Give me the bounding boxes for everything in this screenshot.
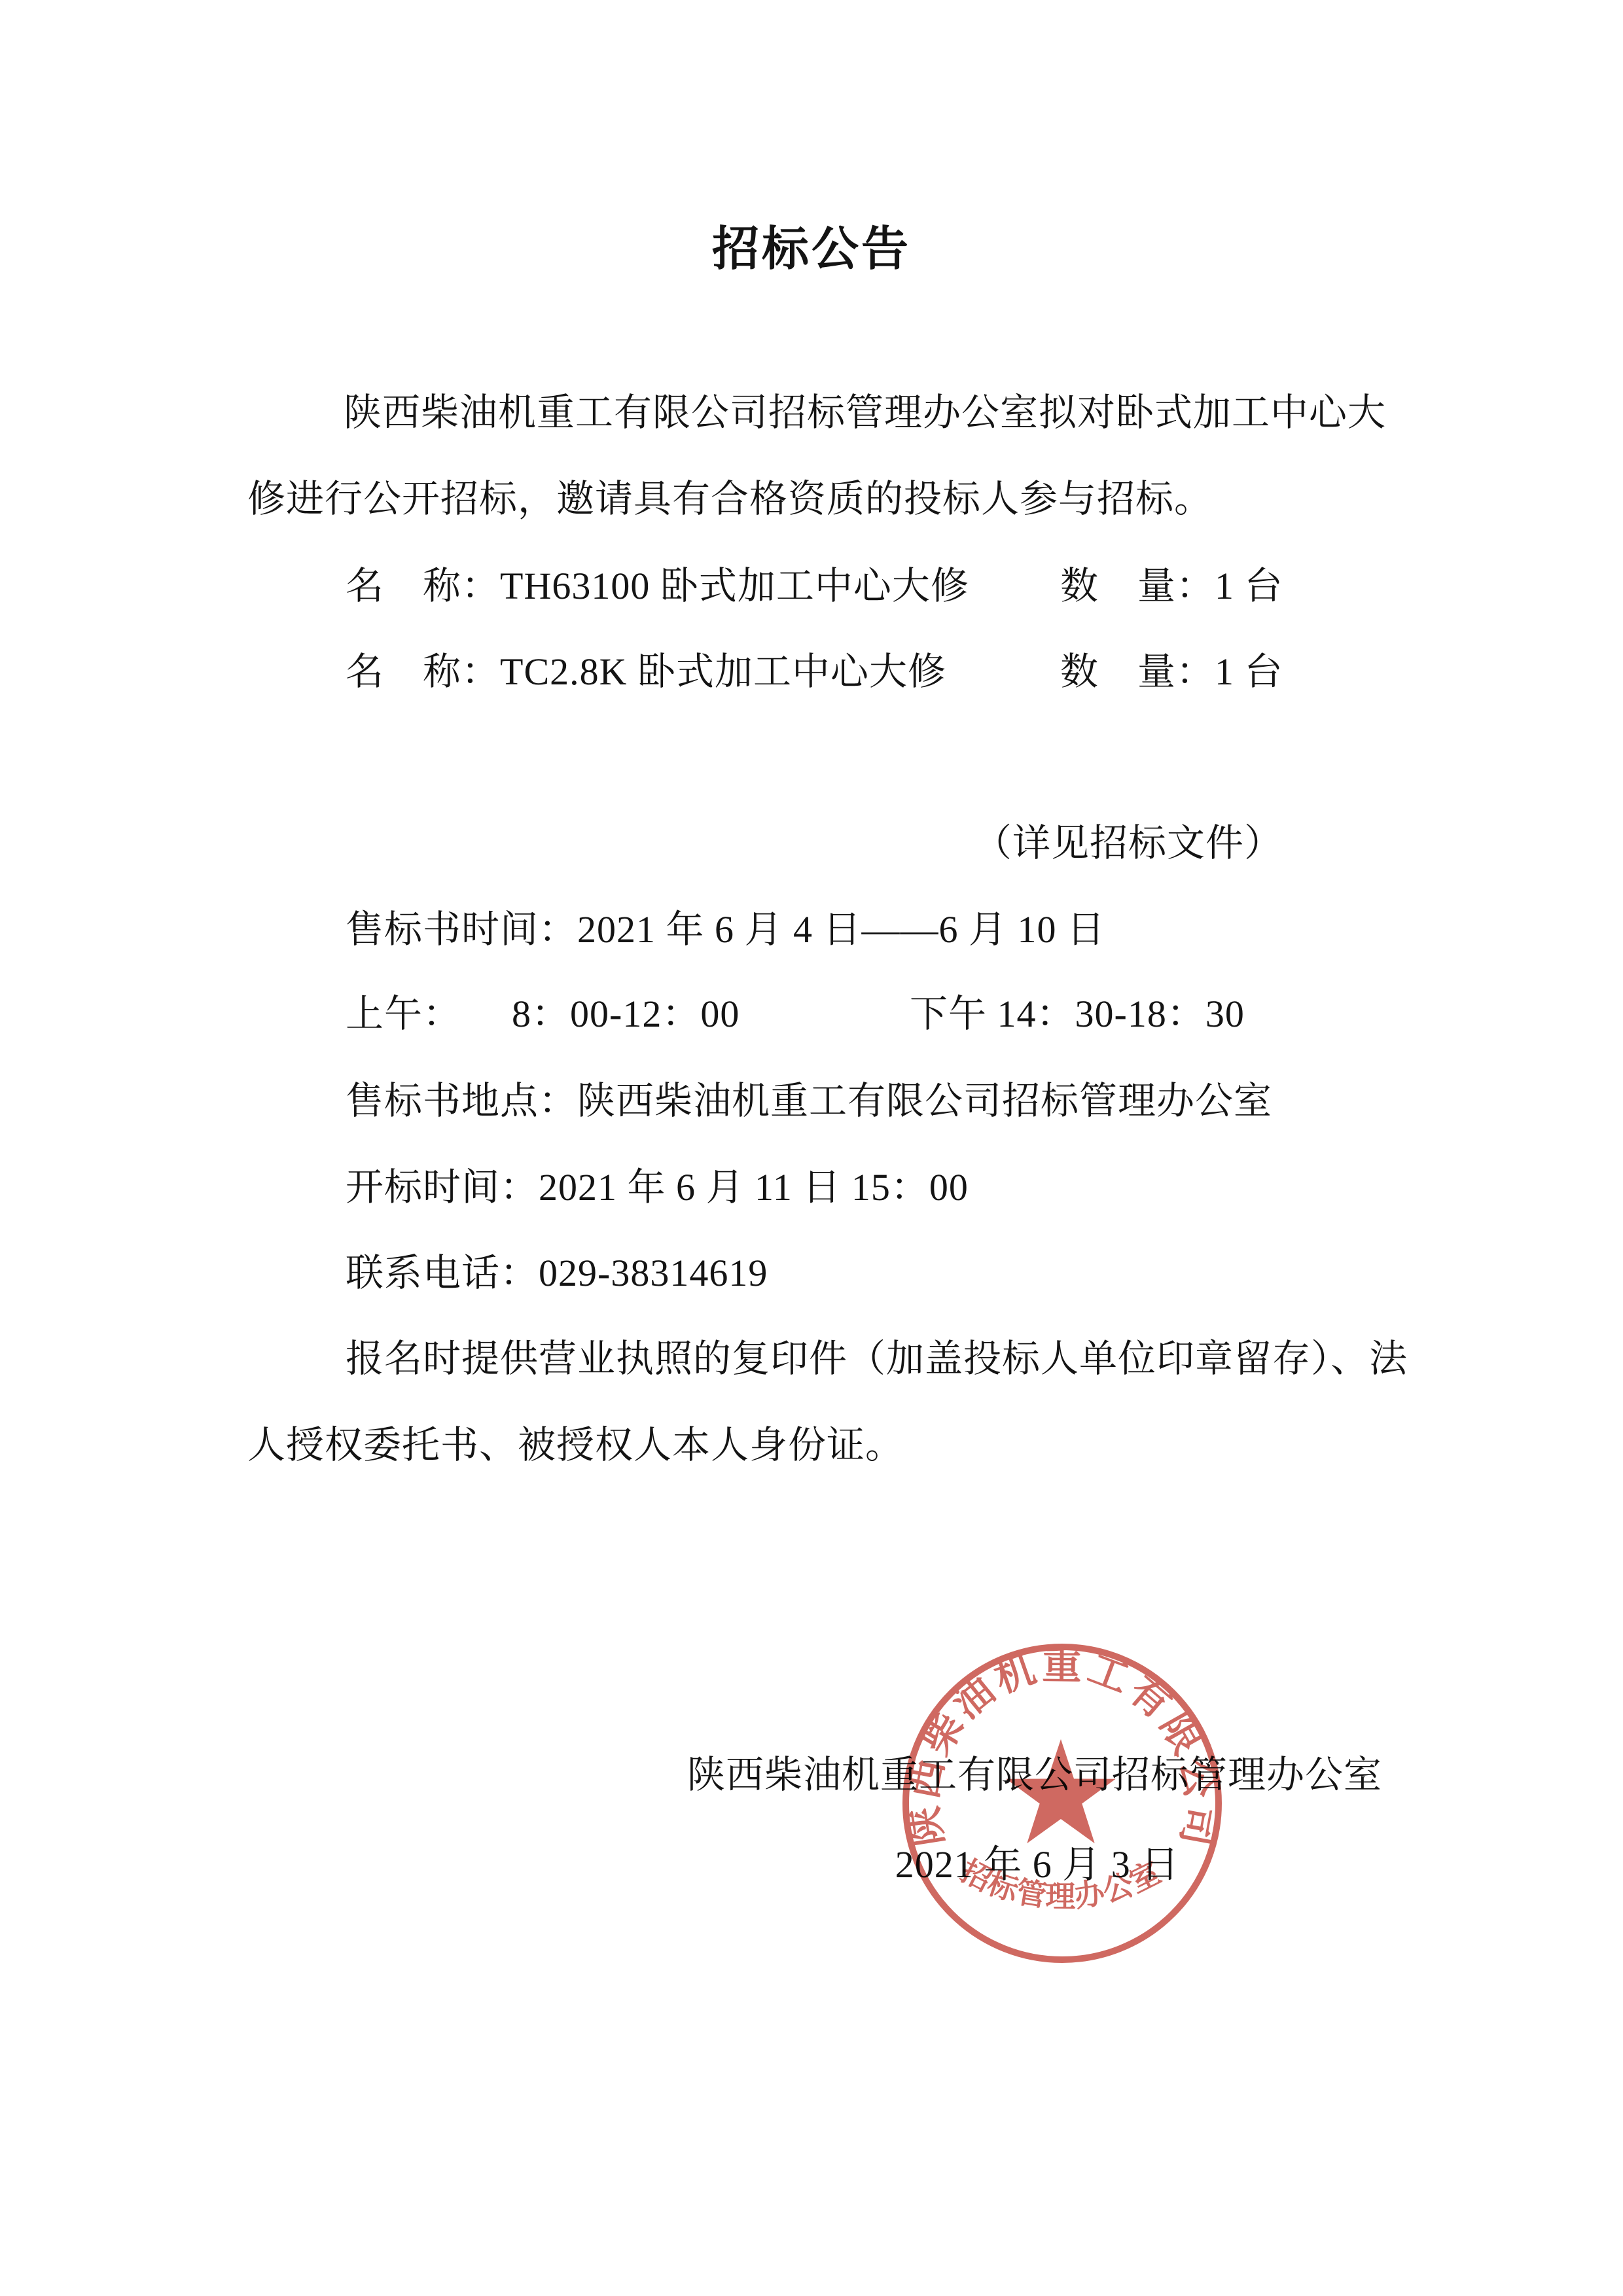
- hours-pm-value: 下午 14：30-18：30: [910, 991, 1245, 1037]
- tender-announcement-document: 招标公告 陕西柴油机重工有限公司招标管理办公室拟对卧式加工中心大 修进行公开招标…: [0, 0, 1623, 2296]
- item-row: 名 称：TH63100 卧式加工中心大修: [346, 563, 969, 609]
- item-name-value: TH63100 卧式加工中心大修: [500, 565, 969, 607]
- item-name-value: TC2.8K 卧式加工中心大修: [500, 650, 946, 693]
- contact-phone-line: 联系电话：029-38314619: [346, 1250, 768, 1296]
- item-qty-label: 数 量：: [1060, 650, 1215, 693]
- registration-note-line-2: 人授权委托书、被授权人本人身份证。: [247, 1422, 904, 1468]
- sale-place-line: 售标书地点：陕西柴油机重工有限公司招标管理办公室: [346, 1078, 1272, 1124]
- see-bid-docs-note: （详见招标文件）: [974, 821, 1283, 866]
- item-row: 名 称：TC2.8K 卧式加工中心大修: [346, 649, 946, 695]
- registration-note-line-1: 报名时提供营业执照的复印件（加盖投标人单位印章留存）、法: [346, 1336, 1408, 1382]
- item-qty-value: 1 台: [1215, 565, 1283, 607]
- hours-am-label: 上午：: [346, 991, 461, 1037]
- sale-time-line: 售标书时间：2021 年 6 月 4 日——6 月 10 日: [346, 907, 1105, 953]
- bid-opening-time-line: 开标时间：2021 年 6 月 11 日 15：00: [346, 1165, 969, 1210]
- company-seal-stamp: 陕西柴油机重工有限公司 招标管理办公室: [892, 1633, 1232, 1973]
- hours-am-value: 8：00-12：00: [512, 991, 740, 1037]
- item-qty-label: 数 量：: [1060, 565, 1215, 607]
- item-quantity: 数 量：1 台: [1060, 563, 1283, 609]
- page-title: 招标公告: [0, 211, 1623, 279]
- intro-paragraph-line-2: 修进行公开招标，邀请具有合格资质的投标人参与招标。: [247, 476, 1213, 522]
- item-quantity: 数 量：1 台: [1060, 649, 1283, 695]
- seal-bottom-text: 招标管理办公室: [955, 1854, 1167, 1913]
- star-icon: [1006, 1739, 1115, 1843]
- intro-paragraph-line-1: 陕西柴油机重工有限公司招标管理办公室拟对卧式加工中心大: [344, 390, 1386, 436]
- item-qty-value: 1 台: [1215, 650, 1283, 693]
- item-name-label: 名 称：: [346, 565, 500, 607]
- item-name-label: 名 称：: [346, 650, 500, 693]
